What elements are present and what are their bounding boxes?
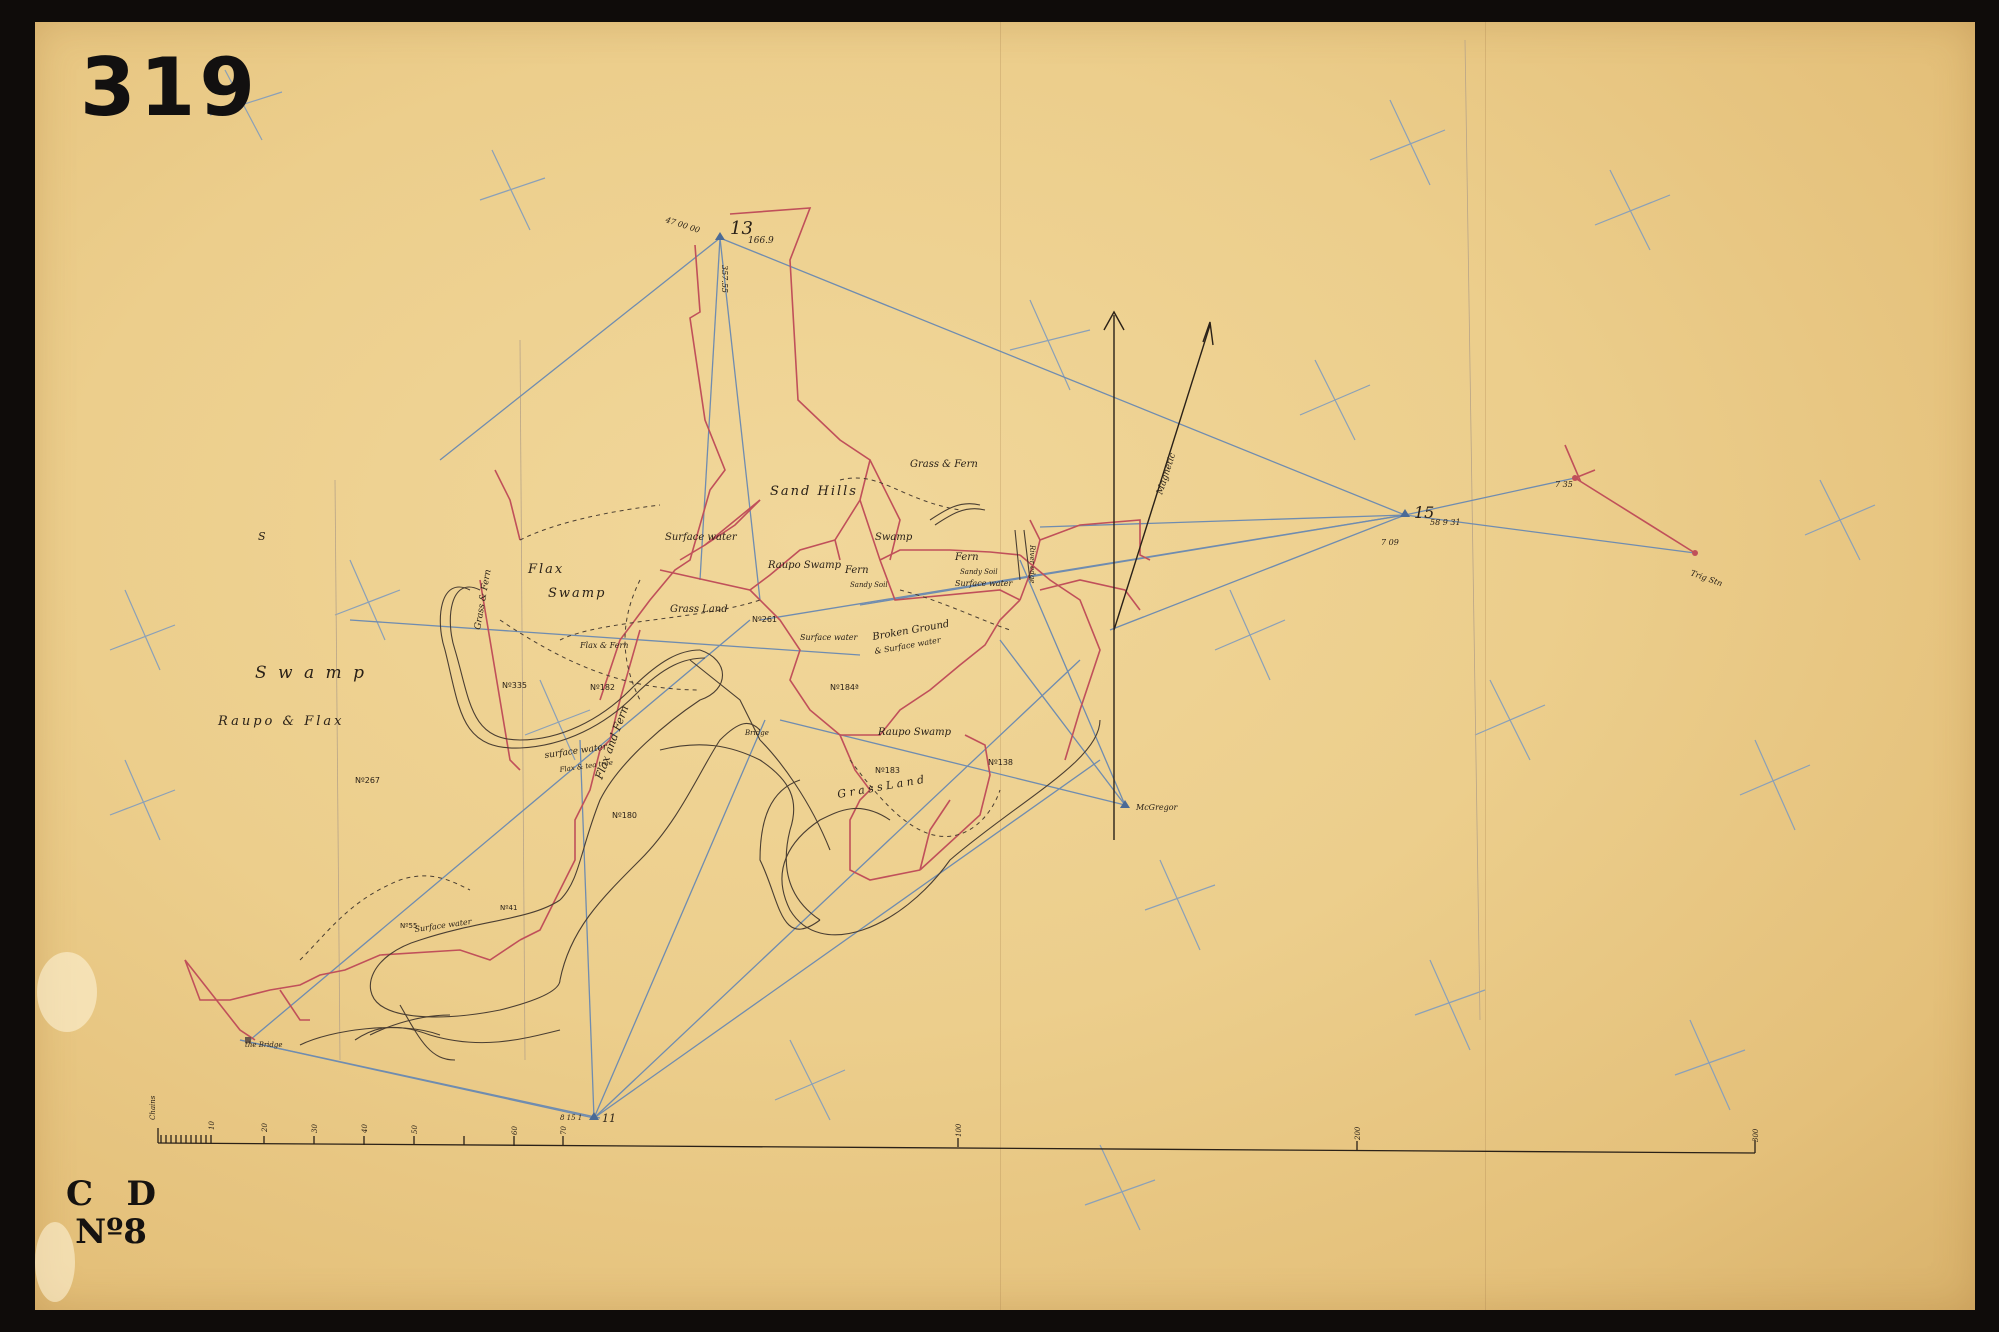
station-east-label: 7 35 [1555,480,1573,489]
area-grass-fern: Grass & Fern [910,459,978,470]
area-grass-land: Grass Land [670,604,728,615]
station-13-bearing: 47 00 00 [663,215,701,235]
area-surface-water-sw: Surface water [414,917,473,934]
north-arrows [1104,312,1213,840]
the-bridge-label: the Bridge [245,1041,283,1049]
area-swamp-small: Swamp [875,532,913,543]
area-flax: Flax [527,562,564,577]
svg-text:30: 30 [311,1124,319,1133]
svg-text:200: 200 [1354,1126,1362,1141]
station-11-label: 11 [602,1112,616,1125]
scale-labels: Chains 10 20 30 40 50 60 70 100 200 300 [149,1095,1760,1142]
area-fern-2: Fern [954,552,979,563]
svg-text:40: 40 [361,1124,369,1134]
station-13-distance: 166.9 [748,236,774,246]
sheet-reference: C D Nº8 [66,1175,156,1251]
area-flax-swamp: Swamp [548,586,606,601]
svg-text:300: 300 [1752,1128,1760,1142]
svg-text:70: 70 [560,1126,568,1135]
lot-182: Nº182 [590,683,615,692]
area-sandy-soil-2: Sandy Soil [960,568,998,576]
svg-text:60: 60 [511,1126,519,1135]
reference-letter-c: C [66,1175,93,1213]
area-swamp: S w a m p [255,663,367,683]
lot-55: Nº55 [400,922,417,930]
area-grass-land-2: G r a s s L a n d [836,773,925,801]
lot-180: Nº180 [612,811,637,820]
svg-text:Chains: Chains [149,1095,157,1120]
lot-41: Nº41 [500,904,517,912]
area-surface-water: Surface water [665,532,738,543]
area-raupo-swamp-2: Raupo Swamp [877,727,952,738]
lot-138: Nº138 [988,758,1013,767]
area-flax-fern: Flax & Fern [579,641,628,650]
svg-text:10: 10 [208,1121,216,1130]
station-13-chain: 357.55 [720,265,729,293]
svg-text:50: 50 [411,1125,419,1134]
bridge-label: Bridge [744,729,769,737]
area-sand-hills: Sand Hills [770,484,858,499]
area-fern: Fern [844,565,869,576]
lot-267: Nº267 [355,776,380,785]
station-15-left: 7 09 [1381,538,1399,547]
area-raupo-swamp: Raupo Swamp [767,560,842,571]
area-surface-water-ne: Surface water [955,579,1014,588]
area-s-mark: S [258,530,266,543]
station-15-bearing: 58 9 31 [1430,518,1461,527]
area-river-edge: River edge [1028,544,1036,583]
mcgregor-label: McGregor [1135,803,1179,812]
station-trig-label: Trig Stn [1689,568,1723,588]
reference-letter-d: D [127,1175,156,1213]
magnetic-north-label: Magnetic [1155,452,1178,497]
survey-map: 13 47 00 00 166.9 357.55 15 58 9 31 7 09… [0,0,1999,1332]
area-sandy-soil: Sandy Soil [850,581,888,589]
lot-261: Nº261 [752,615,777,624]
station-11-coords: 8 15 1 [560,1114,582,1122]
sheet-number: 319 [80,48,259,128]
area-raupo-flax: Raupo & Flax [217,714,344,729]
area-surface-water-2: Surface water [800,633,859,642]
lot-184a: Nº184ª [830,683,859,692]
area-grass-fern-w: Grass & Fern [473,569,493,631]
station-markers [245,232,1698,1120]
triangulation-lines [240,238,1695,1118]
svg-text:100: 100 [955,1123,963,1137]
svg-text:20: 20 [261,1123,269,1133]
reference-number: Nº8 [66,1213,156,1251]
grid-crosses [110,70,1875,1230]
lot-335: Nº335 [502,681,527,690]
lot-183: Nº183 [875,766,900,775]
